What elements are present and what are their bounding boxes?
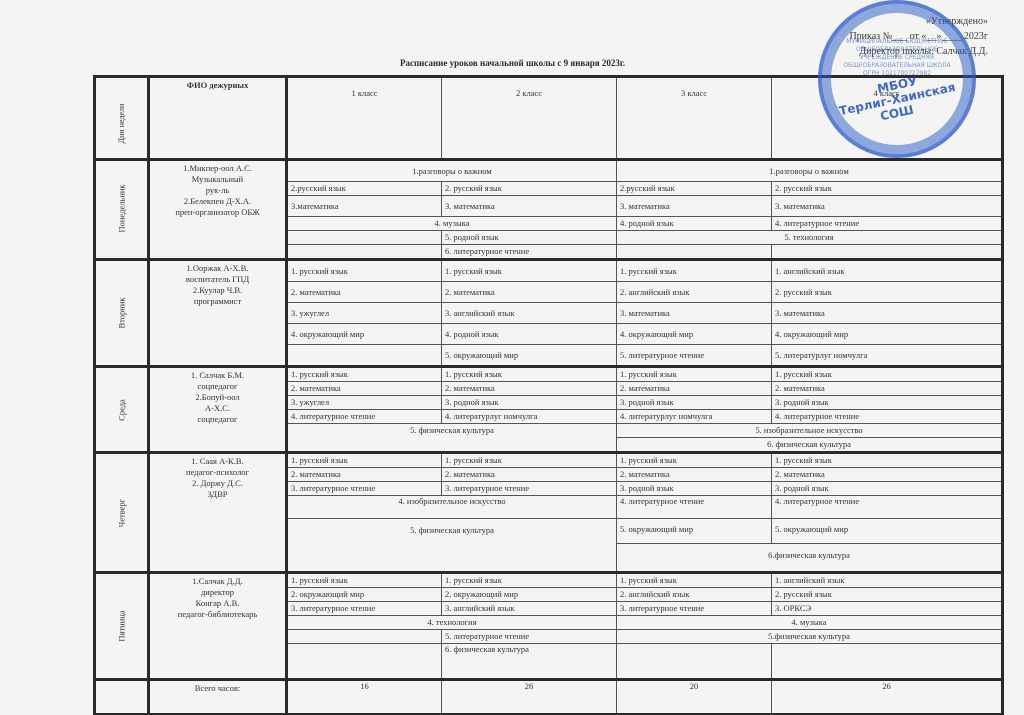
lesson: 2. русский язык — [442, 182, 617, 196]
lesson: 2. русский язык — [772, 588, 1003, 602]
lesson: 2. математика — [442, 282, 617, 303]
lesson: 4. литературное чтение — [287, 410, 442, 424]
table-row: Понедельник 1.Микпер-оол А.С.Музыкальный… — [95, 160, 1003, 182]
lesson: 4. изобразительное искусство — [287, 496, 617, 519]
lesson: 5. окружающий мир — [617, 519, 772, 544]
lesson: 3. ужуглел — [287, 396, 442, 410]
lesson: 4. окружающий мир — [287, 324, 442, 345]
total-class2: 26 — [442, 680, 617, 715]
lesson: 2. окружающий мир — [442, 588, 617, 602]
lesson: 3. литературное чтение — [442, 482, 617, 496]
table-row: Пятница 1.Салчак Д.Д.директорКонгар А.В.… — [95, 573, 1003, 588]
lesson: 2.русский язык — [617, 182, 772, 196]
lesson: 3. математика — [772, 196, 1003, 217]
lesson: 5. изобразительное искусство — [617, 424, 1003, 438]
lesson: 3. родной язык — [617, 482, 772, 496]
lesson: 4. литературное чтение — [772, 410, 1003, 424]
lesson: 4. окружающий мир — [617, 324, 772, 345]
day-wednesday: Среда — [95, 367, 149, 453]
day-monday: Понедельник — [95, 160, 149, 260]
lesson: 3. английский язык — [442, 303, 617, 324]
header-class4: 4 класс — [772, 77, 1003, 160]
lesson: 5. физическая культура — [287, 519, 617, 573]
lesson: 5. окружающий мир — [442, 345, 617, 367]
lesson: 3. родной язык — [442, 396, 617, 410]
total-class1: 16 — [287, 680, 442, 715]
lesson: 3. ужуглел — [287, 303, 442, 324]
lesson: 2. математика — [617, 382, 772, 396]
approval-order: Приказ №___ от «__»____ 2023г — [849, 29, 988, 44]
lesson: 3. математика — [617, 303, 772, 324]
lesson: 1. английский язык — [772, 573, 1003, 588]
lesson: 1. русский язык — [617, 453, 772, 468]
lesson: 6. литературное чтение — [442, 245, 617, 260]
lesson: 4. литературное чтение — [617, 496, 772, 519]
lesson: 3. литературное чтение — [287, 602, 442, 616]
duty-monday: 1.Микпер-оол А.С.Музыкальныйрук-ль2.Беле… — [149, 160, 287, 260]
lesson: 1. английский язык — [772, 260, 1003, 282]
schedule-table: Дни недели ФИО дежурных 1 класс 2 класс … — [93, 75, 1004, 715]
day-thursday: Четверг — [95, 453, 149, 573]
lesson: 4. литературное чтение — [772, 217, 1003, 231]
page-title: Расписание уроков начальной школы с 9 ян… — [400, 58, 625, 68]
lesson: 3.математика — [287, 196, 442, 217]
total-class3: 20 — [617, 680, 772, 715]
lesson: 2. русский язык — [772, 282, 1003, 303]
lesson: 2. математика — [442, 468, 617, 482]
totals-row: Всего часов: 16 26 20 26 — [95, 680, 1003, 715]
lesson: 1. русский язык — [442, 453, 617, 468]
lesson: 4. родной язык — [442, 324, 617, 345]
lesson: 1.разговоры о важном — [287, 160, 617, 182]
lesson: 3. родной язык — [772, 396, 1003, 410]
table-row: Четверг 1. Саая А-К.В.педагог-психолог2.… — [95, 453, 1003, 468]
lesson: 1. русский язык — [772, 453, 1003, 468]
day-friday: Пятница — [95, 573, 149, 680]
lesson: 1. русский язык — [287, 367, 442, 382]
header-duty: ФИО дежурных — [149, 77, 287, 160]
lesson: 4. музыка — [617, 616, 1003, 630]
header-class2: 2 класс — [442, 77, 617, 160]
lesson: 2.русский язык — [287, 182, 442, 196]
lesson: 2. математика — [287, 382, 442, 396]
lesson: 1. русский язык — [287, 260, 442, 282]
duty-tuesday: 1.Ооржак А-Х.В.воспитатель ГПД2.Куулар Ч… — [149, 260, 287, 367]
approval-heading: «Утверждено» — [849, 14, 988, 29]
lesson: 4. литературлуг номчулга — [617, 410, 772, 424]
lesson: 3. литературное чтение — [617, 602, 772, 616]
approval-director: Директор школы: Салчак Д.Д. — [849, 44, 988, 59]
lesson: 5. окружающий мир — [772, 519, 1003, 544]
duty-wednesday: 1. Салчак Б.М.соцпедагог2.Бопуй-оолА-Х.С… — [149, 367, 287, 453]
lesson: 1. русский язык — [287, 573, 442, 588]
lesson: 6.физическая культура — [617, 544, 1003, 573]
header-class1: 1 класс — [287, 77, 442, 160]
lesson: 1. русский язык — [442, 260, 617, 282]
lesson: 4. родной язык — [617, 217, 772, 231]
lesson: 3. родной язык — [617, 396, 772, 410]
lesson: 5. литературное чтение — [617, 345, 772, 367]
total-class4: 26 — [772, 680, 1003, 715]
lesson — [287, 345, 442, 367]
header-days: Дни недели — [95, 77, 149, 160]
lesson: 5. литературлуг номчулга — [772, 345, 1003, 367]
lesson: 1. русский язык — [617, 367, 772, 382]
lesson: 3. английский язык — [442, 602, 617, 616]
lesson: 3. литературное чтение — [287, 482, 442, 496]
lesson: 5. родной язык — [442, 231, 617, 245]
lesson: 1. русский язык — [287, 453, 442, 468]
lesson: 6. физическая культура — [617, 438, 1003, 453]
lesson: 2. английский язык — [617, 282, 772, 303]
totals-label: Всего часов: — [149, 680, 287, 715]
lesson: 5. литературное чтение — [442, 630, 617, 644]
approval-block: «Утверждено» Приказ №___ от «__»____ 202… — [849, 14, 988, 59]
lesson: 2. окружающий мир — [287, 588, 442, 602]
lesson: 1.разговоры о важном — [617, 160, 1003, 182]
lesson: 2. математика — [772, 382, 1003, 396]
header-row: Дни недели ФИО дежурных 1 класс 2 класс … — [95, 77, 1003, 160]
lesson: 4. окружающий мир — [772, 324, 1003, 345]
lesson: 2. математика — [442, 382, 617, 396]
lesson: 3. математика — [617, 196, 772, 217]
lesson: 1. русский язык — [442, 367, 617, 382]
table-row: Среда 1. Салчак Б.М.соцпедагог2.Бопуй-оо… — [95, 367, 1003, 382]
lesson: 2. математика — [287, 282, 442, 303]
lesson: 4. технология — [287, 616, 617, 630]
lesson: 1. русский язык — [617, 573, 772, 588]
lesson: 6. физическая культура — [442, 644, 617, 680]
lesson: 2. русский язык — [772, 182, 1003, 196]
lesson: 2. английский язык — [617, 588, 772, 602]
lesson: 3. математика — [772, 303, 1003, 324]
lesson: 2. математика — [617, 468, 772, 482]
duty-friday: 1.Салчак Д.Д.директорКонгар А.В.педагог-… — [149, 573, 287, 680]
lesson: 5. физическая культура — [287, 424, 617, 453]
duty-thursday: 1. Саая А-К.В.педагог-психолог2. Доржу Д… — [149, 453, 287, 573]
lesson: 2. математика — [287, 468, 442, 482]
lesson: 4. литературное чтение — [772, 496, 1003, 519]
lesson: 5. технология — [617, 231, 1003, 245]
lesson: 1. русский язык — [617, 260, 772, 282]
lesson: 3. математика — [442, 196, 617, 217]
lesson: 3. родной язык — [772, 482, 1003, 496]
day-tuesday: Вторник — [95, 260, 149, 367]
lesson: 1. русский язык — [442, 573, 617, 588]
lesson: 4. музыка — [287, 217, 617, 231]
lesson: 2. математика — [772, 468, 1003, 482]
lesson: 1. русский язык — [772, 367, 1003, 382]
lesson: 5.физическая культура — [617, 630, 1003, 644]
table-row: Вторник 1.Ооржак А-Х.В.воспитатель ГПД2.… — [95, 260, 1003, 282]
header-class3: 3 класс — [617, 77, 772, 160]
lesson: 4. литературлуг номчулга — [442, 410, 617, 424]
lesson: 3. ОРКСЭ — [772, 602, 1003, 616]
